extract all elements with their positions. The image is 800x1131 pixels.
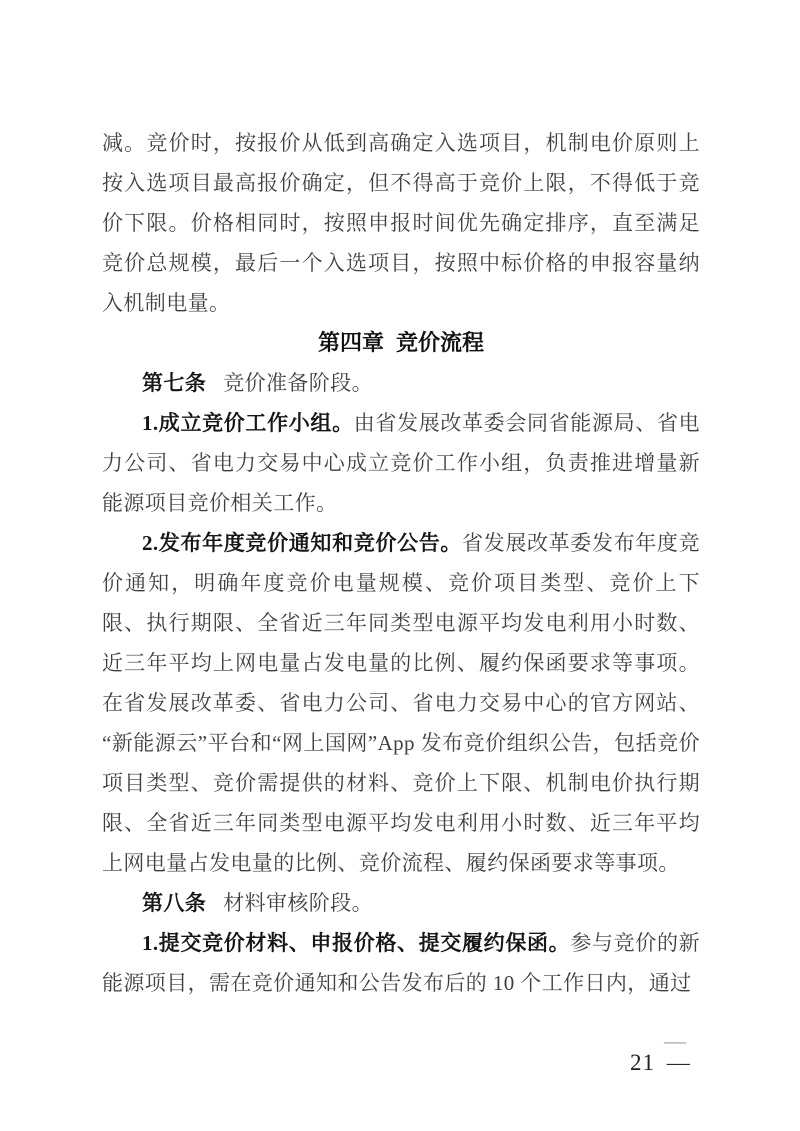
chapter-heading: 第四章竞价流程 <box>102 323 700 363</box>
chapter-number: 第四章 <box>318 330 384 355</box>
article-label: 第八条 <box>142 891 206 915</box>
document-page: 减。竞价时，按报价从低到高确定入选项目，机制电价原则上按入选项目最高报价确定，但… <box>0 0 800 1131</box>
numbered-lead: 2.发布年度竞价通知和竞价公告。 <box>142 531 462 555</box>
page-number-dash: — <box>667 1050 690 1075</box>
chapter-title: 竞价流程 <box>396 330 484 355</box>
numbered-lead: 1.成立竞价工作小组。 <box>142 411 354 435</box>
document-body: 减。竞价时，按报价从低到高确定入选项目，机制电价原则上按入选项目最高报价确定，但… <box>102 123 700 1003</box>
page-number: 21 <box>630 1050 655 1075</box>
numbered-paragraph: 1.提交竞价材料、申报价格、提交履约保函。参与竞价的新能源项目，需在竞价通知和公… <box>102 923 700 1003</box>
numbered-paragraph: 1.成立竞价工作小组。由省发展改革委会同省能源局、省电力公司、省电力交易中心成立… <box>102 403 700 523</box>
article-paragraph: 第八条材料审核阶段。 <box>102 883 700 923</box>
page-footer: 21 — <box>630 1050 690 1076</box>
article-paragraph: 第七条竞价准备阶段。 <box>102 363 700 403</box>
footer-ghost-dash: — <box>664 1030 686 1052</box>
numbered-lead: 1.提交竞价材料、申报价格、提交履约保函。 <box>142 931 570 955</box>
article-label: 第七条 <box>142 371 206 395</box>
numbered-paragraph: 2.发布年度竞价通知和竞价公告。省发展改革委发布年度竞价通知，明确年度竞价电量规… <box>102 523 700 883</box>
body-paragraph: 减。竞价时，按报价从低到高确定入选项目，机制电价原则上按入选项目最高报价确定，但… <box>102 123 700 323</box>
